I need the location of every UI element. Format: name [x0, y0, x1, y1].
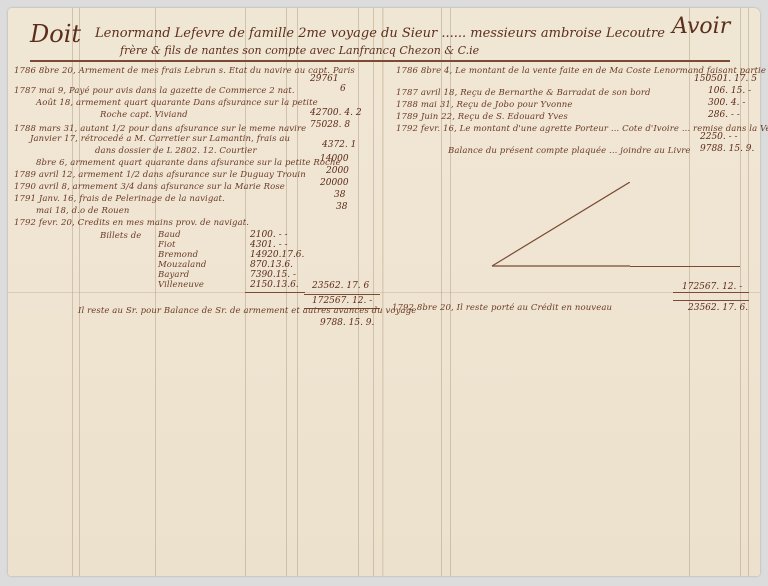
billet-amount: 4301. - -: [250, 240, 288, 250]
header-rule: [30, 60, 730, 62]
debit-entry: 1790 avril 8, armement 3/4 dans afsuranc…: [14, 182, 285, 192]
debit-entry: 1792 fevr. 20, Credits en mes mains prov…: [14, 218, 249, 228]
credit-entry: 1787 avril 18, Reçu de Bernarthe & Barra…: [396, 88, 651, 98]
debit-balance-amount: 9788. 15. 9.: [320, 318, 374, 328]
billet-amount: 870.13.6.: [250, 260, 293, 270]
debit-entry: 1791 Janv. 16, frais de Pelerinage de la…: [14, 194, 225, 204]
credit-entry: 1789 Juin 22, Reçu de S. Edouard Yves: [396, 112, 568, 122]
billet-name: Bremond: [158, 250, 198, 260]
debit-entry: Janvier 17, rétrocedé a M. Carretier sur…: [30, 134, 290, 144]
credit-entry: Balance du présent compte plaquée ... jo…: [448, 146, 691, 156]
credit-subtotal: 172567. 12. -: [682, 282, 742, 292]
cancel-diagonal-stroke: [490, 182, 630, 268]
billet-name: Baud: [158, 230, 181, 240]
debit-entry: Août 18, armement quart quarante Dans af…: [36, 98, 318, 108]
billets-label: Billets de: [100, 231, 141, 241]
debit-amount: 14000: [320, 154, 349, 164]
credit-sum-line-top: [673, 292, 749, 293]
debit-amount: 38: [334, 190, 345, 200]
debit-amount: 38: [336, 202, 347, 212]
debit-entry: 1787 mai 9, Payé pour avis dans la gazet…: [14, 86, 295, 96]
debit-entry: dans dossier de L 2802. 12. Courtier: [95, 146, 257, 156]
billet-amount: 14920.17.6.: [250, 250, 304, 260]
debit-entry: mai 18, d.o de Rouen: [36, 206, 129, 216]
billet-amount: 2100. - -: [250, 230, 288, 240]
debit-entry: 1786 8bre 20, Armement de mes frais Lebr…: [14, 66, 355, 76]
credit-amount: 300. 4. -: [708, 98, 745, 108]
debit-entry: 1788 mars 31, autant 1/2 pour dans afsur…: [14, 124, 306, 134]
billet-amount: 7390.15. -: [250, 270, 296, 280]
header-line-1: Lenormand Lefevre de famille 2me voyage …: [95, 26, 665, 41]
debit-balance-text: Il reste au Sr. pour Balance de Sr. de a…: [78, 306, 416, 316]
debit-amount: 20000: [320, 178, 349, 188]
billet-name: Mouzaland: [158, 260, 206, 270]
debit-subtotal: 172567. 12. -: [312, 296, 372, 306]
credit-entry: 1788 mai 31, Reçu de Jobo pour Yvonne: [396, 100, 573, 110]
credit-final-entry: 1792 8bre 20, Il reste porté au Crédit e…: [392, 303, 612, 313]
credit-amount: 286. - -: [708, 110, 740, 120]
credit-baseline: [630, 266, 740, 267]
horizontal-fold: [8, 292, 760, 293]
column-rule: [373, 8, 374, 576]
billet-name: Fiot: [158, 240, 176, 250]
debit-entry: Roche capt. Viviand: [100, 110, 188, 120]
credit-amount: 150501. 17. 5: [694, 74, 757, 84]
credit-sum-line-bottom: [673, 300, 749, 301]
billet-name: Bayard: [158, 270, 189, 280]
debit-amount: 75028. 8: [310, 120, 350, 130]
debit-entry: 1789 avril 12, armement 1/2 dans afsuran…: [14, 170, 306, 180]
billet-name: Villeneuve: [158, 280, 204, 290]
debit-heading: Doit: [30, 20, 81, 48]
debit-sum-line-top: [304, 294, 380, 295]
debit-amount: 6: [340, 84, 346, 94]
credit-final-amount: 23562. 17. 6.: [688, 303, 748, 313]
credit-amount: 106. 15. -: [708, 86, 751, 96]
debit-amount: 42700. 4. 2: [310, 108, 362, 118]
header-line-2: frère & fils de nantes son compte avec L…: [120, 44, 479, 57]
debit-entry: 8bre 6, armement quart quarante dans afs…: [36, 158, 341, 168]
debit-amount: 2000: [326, 166, 349, 176]
credit-heading: Avoir: [672, 14, 730, 39]
credit-amount: 2250. - -: [700, 132, 738, 142]
debit-amount: 29761: [310, 74, 339, 84]
column-rule: [358, 8, 359, 576]
billet-amount: 2150.13.6.: [250, 280, 299, 290]
billets-total: 23562. 17. 6: [312, 281, 369, 291]
credit-amount: 9788. 15. 9.: [700, 144, 754, 154]
billets-sum-line: [245, 292, 305, 293]
debit-amount: 4372. 1: [322, 140, 356, 150]
